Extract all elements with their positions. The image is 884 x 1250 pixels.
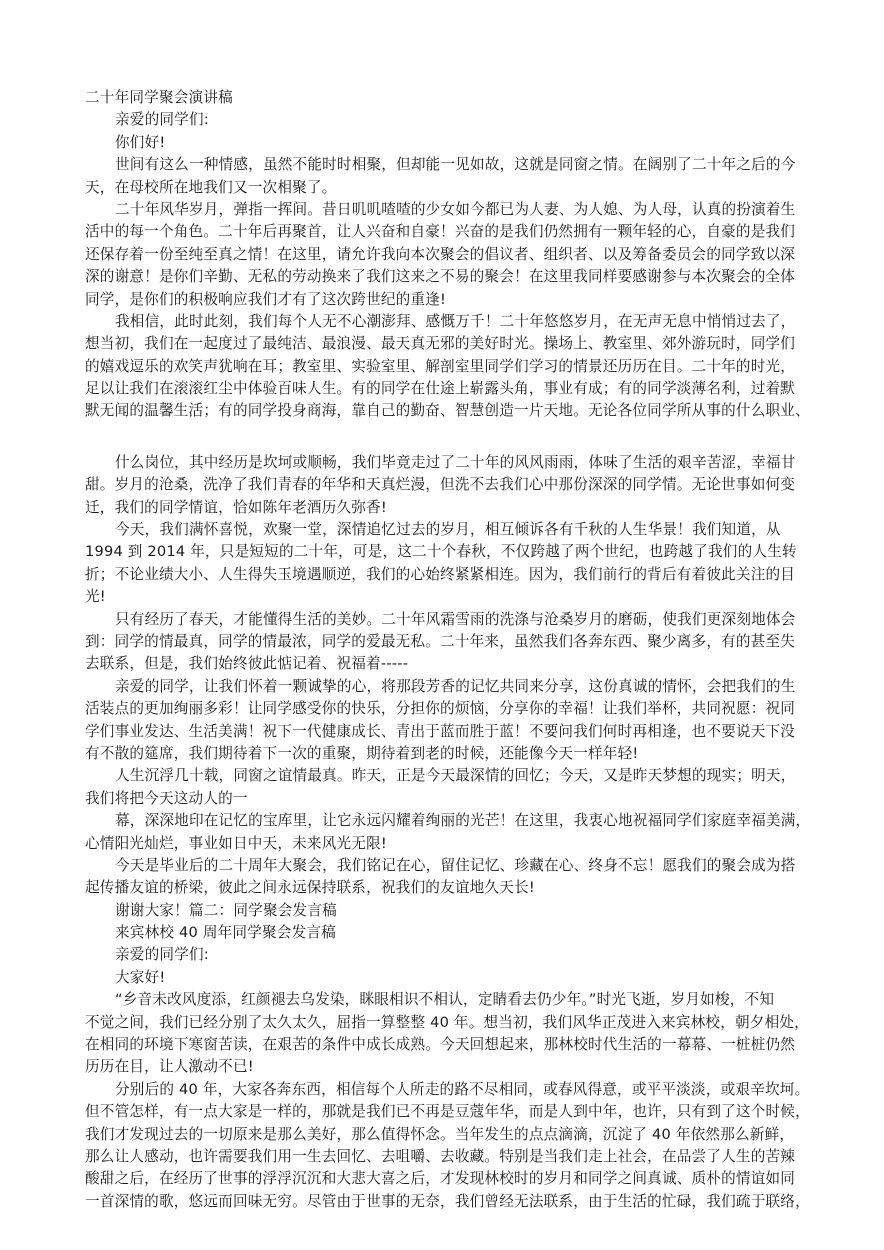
text-line: 世间有这么一种情感，虽然不能时时相聚，但却能一见如故，这就是同窗之情。在阔别了二… (85, 154, 799, 176)
text-line: 不觉之间，我们已经分别了太久太久，屈指一算整整 40 年。想当初，我们风华正茂进… (85, 1012, 799, 1034)
text-line: 今天是毕业后的二十周年大聚会，我们铭记在心，留住记忆、珍藏在心、终身不忘！愿我们… (85, 855, 799, 877)
text-line: 亲爱的同学，让我们怀着一颗诚挚的心，将那段芳香的记忆共同来分享，这份真诚的情怀，… (85, 676, 799, 698)
text-line: 起传播友谊的桥梁，彼此之间永远保持联系，祝我们的友谊地久天长! (85, 877, 799, 899)
text-line: 还保存着一份至纯至真之情！在这里，请允许我向本次聚会的倡议者、组织者、以及筹备委… (85, 244, 799, 266)
text-line: 谢谢大家！篇二：同学聚会发言稿 (85, 900, 799, 922)
text-line: 甜。岁月的沧桑，洗净了我们青春的年华和天真烂漫，但洗不去我们心中那份深深的同学情… (85, 474, 799, 496)
text-line: 同学，是你们的积极响应我们才有了这次跨世纪的重逢! (85, 289, 799, 311)
text-line: 但不管怎样，有一点大家是一样的，那就是我们已不再是豆蔻年华，而是人到中年，也许，… (85, 1101, 799, 1123)
text-line: 默无闻的温馨生活；有的同学投身商海，靠自己的勤奋、智慧创造一片天地。无论各位同学… (85, 400, 799, 422)
text-line: 足以让我们在滚滚红尘中体验百味人生。有的同学在仕途上崭露头角，事业有成；有的同学… (85, 378, 799, 400)
text-line: 折；不论业绩大小、人生得失玉境遇顺逆，我们的心始终紧紧相连。因为，我们前行的背后… (85, 564, 799, 586)
text-line: 你们好! (85, 132, 799, 154)
section-2: 什么岗位，其中经历是坎坷或顺畅，我们毕竟走过了二十年的风风雨雨，体味了生活的艰辛… (85, 452, 799, 1213)
text-line: 什么岗位，其中经历是坎坷或顺畅，我们毕竟走过了二十年的风风雨雨，体味了生活的艰辛… (85, 452, 799, 474)
text-line: 那么让人感动，也许需要我们用一生去回忆、去咀嚼、去收藏。特别是当我们走上社会，在… (85, 1146, 799, 1168)
text-line: 幕，深深地印在记忆的宝库里，让它永远闪耀着绚丽的光芒！在这里，我衷心地祝福同学们… (85, 810, 799, 832)
text-line: 1994 到 2014 年，只是短短的二十年，可是，这二十个春秋，不仅跨越了两个… (85, 541, 799, 563)
text-line: 光! (85, 586, 799, 608)
text-line: 来宾林校 40 周年同学聚会发言稿 (85, 922, 799, 944)
text-line: 活装点的更加绚丽多彩！让同学感受你的快乐，分担你的烦恼，分享你的幸福！让我们举杯… (85, 698, 799, 720)
text-line: 历历在目，让人激动不已! (85, 1056, 799, 1078)
document-page: 二十年同学聚会演讲稿 亲爱的同学们:你们好!世间有这么一种情感，虽然不能时时相聚… (85, 87, 799, 1213)
text-line: 深的谢意！是你们辛勤、无私的劳动换来了我们这来之不易的聚会！在这里我同样要感谢参… (85, 266, 799, 288)
text-line: 迁，我们的同学情谊，恰如陈年老酒历久弥香! (85, 497, 799, 519)
text-line: 今天，我们满怀喜悦，欢聚一堂，深情追忆过去的岁月，相互倾诉各有千秋的人生华景！我… (85, 519, 799, 541)
text-line: 我们将把今天这动人的一 (85, 788, 799, 810)
text-line: 去联系，但是，我们始终彼此惦记着、祝福着----- (85, 653, 799, 675)
text-line: 大家好! (85, 967, 799, 989)
text-line: 我相信，此时此刻，我们每个人无不心潮澎拜、感慨万千！二十年悠悠岁月，在无声无息中… (85, 311, 799, 333)
text-line: 只有经历了春天，才能懂得生活的美妙。二十年风霜雪雨的洗涤与沧桑岁月的磨砺，使我们… (85, 609, 799, 631)
text-line: 我们才发现过去的一切原来是那么美好，那么值得怀念。当年发生的点点滴滴，沉淀了 4… (85, 1124, 799, 1146)
text-line: 亲爱的同学们: (85, 944, 799, 966)
text-line: 二十年风华岁月，弹指一挥间。昔日叽叽喳喳的少女如今都已为人妻、为人媳、为人母，认… (85, 199, 799, 221)
text-line: 一首深情的歌，悠远而回味无穷。尽管由于世事的无奈，我们曾经无法联系，由于生活的忙… (85, 1191, 799, 1213)
text-line: 天，在母校所在地我们又一次相聚了。 (85, 177, 799, 199)
text-line: 心情阳光灿烂，事业如日中天，未来风光无限! (85, 833, 799, 855)
text-line: 分别后的 40 年，大家各奔东西，相信每个人所走的路不尽相同，或春风得意，或平平… (85, 1079, 799, 1101)
text-line: 想当初，我们在一起度过了最纯洁、最浪漫、最天真无邪的美好时光。操场上、教室里、郊… (85, 333, 799, 355)
section-1: 亲爱的同学们:你们好!世间有这么一种情感，虽然不能时时相聚，但却能一见如故，这就… (85, 109, 799, 422)
page-break-gap (85, 423, 799, 452)
text-line: 学们事业发达、生活美满！祝下一代健康成长、青出于蓝而胜于蓝！不要问我们何时再相逢… (85, 721, 799, 743)
text-line: 人生沉浮几十载，同窗之谊情最真。昨天，正是今天最深情的回忆；今天，又是昨天梦想的… (85, 765, 799, 787)
document-title: 二十年同学聚会演讲稿 (85, 87, 799, 109)
text-line: 在相同的环境下寒窗苦读，在艰苦的条件中成长成熟。今天回想起来，那林校时代生活的一… (85, 1034, 799, 1056)
text-line: 的嬉戏逗乐的欢笑声犹响在耳；教室里、实验室里、解剖室里同学们学习的情景还历历在目… (85, 356, 799, 378)
text-line: “乡音未改风度添，红颜褪去乌发染，眯眼相识不相认，定睛看去仍少年。”时光飞逝，岁… (85, 989, 799, 1011)
text-line: 有不散的筵席，我们期待着下一次的重聚，期待着到老的时候，还能像今天一样年轻! (85, 743, 799, 765)
text-line: 亲爱的同学们: (85, 109, 799, 131)
text-line: 活中的每一个角色。二十年后再聚首，让人兴奋和自豪！兴奋的是我们仍然拥有一颗年轻的… (85, 221, 799, 243)
text-line: 到：同学的情最真，同学的情最浓，同学的爱最无私。二十年来，虽然我们各奔东西、聚少… (85, 631, 799, 653)
text-line: 酸甜之后，在经历了世事的浮浮沉沉和大悲大喜之后，才发现林校时的岁月和同学之间真诚… (85, 1168, 799, 1190)
